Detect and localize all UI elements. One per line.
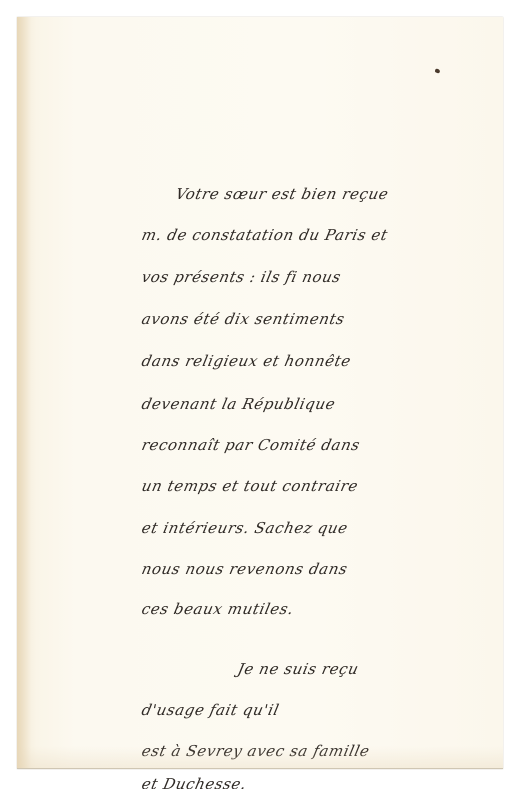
letter-line-8: un temps et tout contraire bbox=[140, 477, 360, 495]
letter-line-9: et intérieurs. Sachez que bbox=[140, 519, 350, 537]
letter-line-3: vos présents : ils fi nous bbox=[140, 268, 343, 286]
letter-line-1: Votre sœur est bien reçue bbox=[174, 185, 390, 203]
ink-blot bbox=[434, 68, 440, 73]
letter-line-14: est à Sevrey avec sa famille bbox=[140, 742, 371, 760]
letter-line-11: ces beaux mutiles. bbox=[140, 600, 296, 618]
letter-line-13: d'usage fait qu'il bbox=[140, 701, 281, 719]
letter-line-2: m. de constatation du Paris et bbox=[140, 226, 390, 244]
letter-line-10: nous nous revenons dans bbox=[140, 560, 349, 578]
letter-line-15: et Duchesse. bbox=[140, 775, 248, 789]
letter-line-7: reconnaît par Comité dans bbox=[140, 436, 362, 454]
letter-line-4: avons été dix sentiments bbox=[140, 310, 347, 328]
letter-line-5: dans religieux et honnête bbox=[140, 352, 353, 370]
letter-line-6: devenant la République bbox=[140, 395, 337, 413]
letter-page: Votre sœur est bien reçue m. de constata… bbox=[17, 17, 503, 769]
letter-line-12: Je ne suis reçu bbox=[236, 660, 361, 678]
